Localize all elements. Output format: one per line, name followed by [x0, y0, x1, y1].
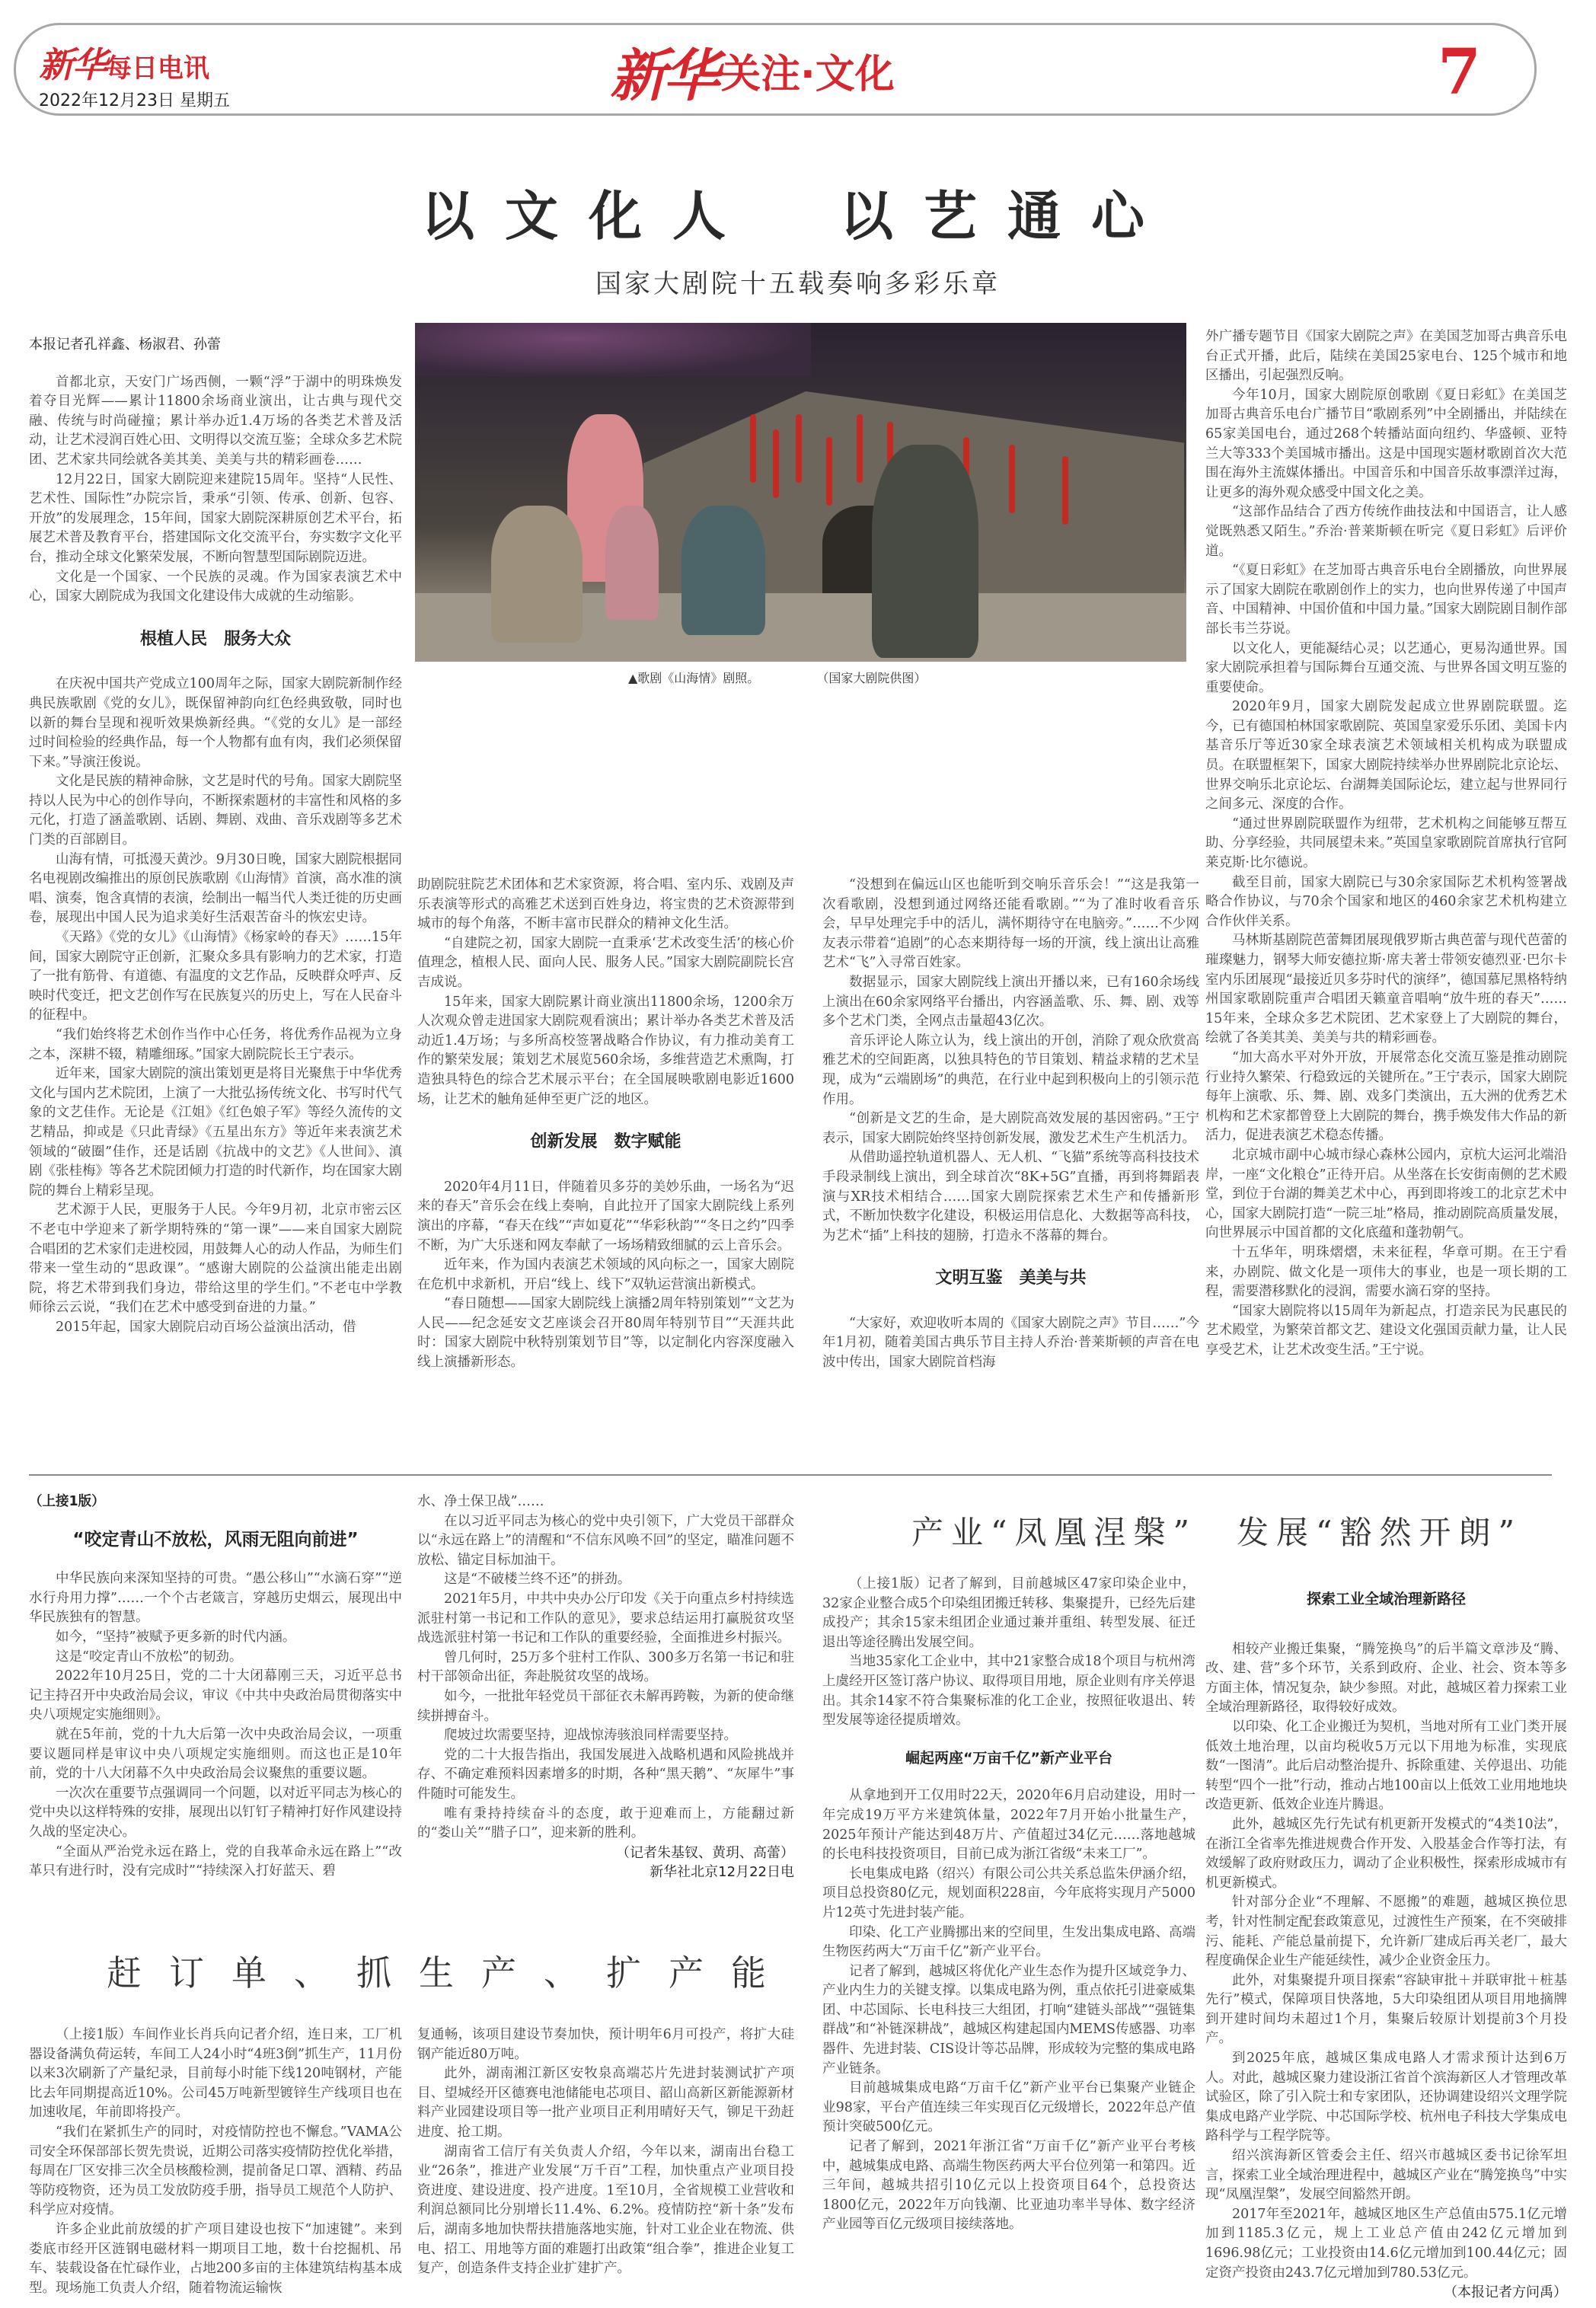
article4-column-2: 探索工业全域治理新路径 相较产业搬迁集聚，“腾笼换鸟”的后半篇文章涉及“腾、改、…: [1205, 1575, 1567, 2303]
subsection-heading: 崛起两座“万亩千亿”新产业平台: [822, 1749, 1195, 1769]
paragraph: “创新是文艺的生命，是大剧院高效发展的基因密码。”王宁表示，国家大剧院始终坚持创…: [822, 1109, 1199, 1148]
paragraph: “大家好，欢迎收听本周的《国家大剧院之声》节目……”今年1月初，随着美国古典乐节…: [822, 1314, 1199, 1373]
paragraph: 记者了解到，2021年浙江省“万亩千亿”新产业平台考核中，越城集成电路、高端生物…: [822, 2137, 1195, 2235]
paragraph: 目前越城集成电路“万亩千亿”新产业平台已集聚产业链企业98家，平台产值连续三年实…: [822, 2079, 1195, 2137]
paragraph: 首都北京，天安门广场西侧，一颗“浮”于湖中的明珠焕发着夺目光辉——累计11800…: [29, 373, 402, 471]
paragraph: 一次次在重要节点强调同一个问题，以对近平同志为核心的党中央以这样特殊的安排，展现…: [29, 1784, 402, 1843]
main-headline: 以文化人 以艺通心: [0, 174, 1596, 251]
photo-performer: [681, 506, 765, 635]
photo-caption: ▲歌剧《山海情》剧照。 （国家大剧院供图）: [415, 669, 1186, 686]
paragraph: 2020年9月，国家大剧院发起成立世界剧院联盟。迄今，已有德国柏林国家歌剧院、英…: [1205, 698, 1567, 815]
stage-photo: [415, 323, 1186, 662]
paragraph: 《天路》《党的女儿》《山海情》《杨家岭的春天》……15年间，国家大剧院守正创新，…: [29, 928, 402, 1026]
paragraph: 湖南省工信厅有关负责人介绍，今年以来，湖南出台稳工业“26条”，推进产业发展“万…: [417, 2143, 794, 2279]
photo-backdrop: [415, 323, 811, 376]
paragraph: 2015年起，国家大剧院启动百场公益演出活动，借: [29, 1318, 402, 1338]
paragraph: 2020年4月11日，伴随着贝多芬的美妙乐曲，一场名为“迟来的春天”音乐会在线上…: [417, 1178, 794, 1256]
paragraph: “这部作品结合了西方传统作曲技法和中国语言，让人感觉既熟悉又陌生。”乔治·普莱斯…: [1205, 503, 1567, 561]
paragraph: 15年来，国家大剧院累计商业演出11800余场，1200余万人次观众曾走进国家大…: [417, 993, 794, 1110]
paragraph: 2022年10月25日，党的二十大闭幕刚三天，习近平总书记主持召开中央政治局会议…: [29, 1667, 402, 1725]
photo-chili: [1062, 456, 1068, 525]
paragraph: 到2025年底，越城区集成电路人才需求预计达到6万人。对此，越城区聚力建设浙江省…: [1205, 2049, 1567, 2147]
photo-performer: [872, 445, 978, 658]
paragraph: （上接1版）记者了解到，目前越城区47家印染企业中，32家企业整合成5个印染组团…: [822, 1575, 1195, 1652]
paragraph: 12月22日，国家大剧院迎来建院15周年。坚持“人民性、艺术性、国际性”办院宗旨…: [29, 471, 402, 568]
paragraph: 许多企业此前放缓的扩产项目建设也按下“加速键”。来到娄底市经开区涟钢电磁材料一期…: [29, 2220, 402, 2298]
paragraph: 山海有情，可抵漫天黄沙。9月30日晚，国家大剧院根据同名电视剧改编推出的原创民族…: [29, 851, 402, 928]
article2-column-2: 水、净土保卫战”…… 在以习近平同志为核心的党中央引领下，广大党员干部群众以“永…: [417, 1492, 794, 1882]
page-number: 7: [1438, 36, 1481, 109]
lead-column-1: 本报记者孔祥鑫、杨淑君、孙蕾 首都北京，天安门广场西侧，一颗“浮”于湖中的明珠焕…: [29, 335, 402, 1338]
section-heading: 根植人民 服务大众: [29, 630, 402, 650]
paragraph: 针对部分企业“不理解、不愿搬”的难题，越城区换位思考，针对性制定配套政策意见，过…: [1205, 1893, 1567, 1971]
paragraph: 2021年5月，中共中央办公厅印发《关于向重点乡村持续选派驻村第一书记和工作队的…: [417, 1590, 794, 1649]
reporter-credit: （记者朱基钗、黄玥、高蕾）: [417, 1844, 794, 1863]
paragraph: 如今，“坚持”被赋予更多新的时代内涵。: [29, 1628, 402, 1648]
paragraph: 马林斯基剧院芭蕾舞团展现俄罗斯古典芭蕾与现代芭蕾的璀璨魅力，钢琴大师安德拉斯·席…: [1205, 931, 1567, 1049]
paragraph: 此外，湖南湘江新区安牧泉高端芯片先进封装测试扩产项目、望城经开区德赛电池储能电芯…: [417, 2064, 794, 2142]
brand-name: 每日电讯: [106, 53, 209, 84]
photo-chili: [857, 414, 863, 483]
paragraph: 在以习近平同志为核心的党中央引领下，广大党员干部群众以“永远在路上”的清醒和“不…: [417, 1512, 794, 1571]
paragraph: 近年来，作为国内表演艺术领域的风向标之一，国家大剧院在危机中求新机，开启“线上、…: [417, 1256, 794, 1294]
paragraph: “《夏日彩虹》在芝加哥古典音乐电台全剧播放，向世界展示了国家大剧院在歌剧创作上的…: [1205, 561, 1567, 639]
paragraph: 长电集成电路（绍兴）有限公司公共关系总监朱伊涵介绍，项目总投资80亿元，规划面积…: [822, 1865, 1195, 1923]
paragraph: “国家大剧院将以15周年为新起点，打造亲民为民惠民的艺术殿堂，为繁荣首都文艺、建…: [1205, 1302, 1567, 1361]
paragraph: “自建院之初，国家大剧院一直秉承‘艺术改变生活’的核心价值理念，植根人民、面向人…: [417, 934, 794, 993]
paragraph: 水、净土保卫战”……: [417, 1492, 794, 1512]
paragraph: “通过世界剧院联盟作为纽带，艺术机构之间能够互帮互助、分享经验，共同展望未来。”…: [1205, 815, 1567, 873]
paragraph: 党的二十大报告指出，我国发展进入战略机遇和风险挑战并存、不确定难预料因素增多的时…: [417, 1746, 794, 1805]
paragraph: 爬坡过坎需要坚持，迎战惊涛骇浪同样需要坚持。: [417, 1726, 794, 1746]
photo-chili: [773, 429, 779, 498]
paragraph: “我们始终将艺术创作当作中心任务，将优秀作品视为立身之本，深耕不辍，精雕细琢。”…: [29, 1026, 402, 1065]
paragraph: 这是“咬定青山不放松”的韧劲。: [29, 1648, 402, 1668]
byline: 本报记者孔祥鑫、杨淑君、孙蕾: [29, 335, 402, 355]
paragraph: 相较产业搬迁集聚，“腾笼换鸟”的后半篇文章涉及“腾、改、建、营”多个环节，关系到…: [1205, 1640, 1567, 1718]
paragraph: 以文化人，更能凝结心灵；以艺通心，更易沟通世界。国家大剧院承担着与国际舞台互通交…: [1205, 640, 1567, 698]
paragraph: 2017年至2021年，越城区地区生产总值由575.1亿元增加到1185.3亿元…: [1205, 2205, 1567, 2283]
paragraph: 从拿地到开工仅用时22天，2020年6月启动建设，用时一年完成19万平方米建筑体…: [822, 1786, 1195, 1864]
paragraph: 如今，一批批年轻党员干部征衣未解再跨鞍，为新的使命继续拼搏奋斗。: [417, 1687, 794, 1726]
photo-credit: （国家大剧院供图）: [816, 669, 926, 686]
paragraph: 曾几何时，25万多个驻村工作队、300多万名第一书记和驻村干部领命出征，奔赴脱贫…: [417, 1649, 794, 1687]
paragraph: 从借助遥控轨道机器人、无人机、“飞猫”系统等高科技技术手段录制线上演出，到全球首…: [822, 1148, 1199, 1246]
paragraph: 当地35家化工企业中，其中21家整合成18个项目与杭州湾上虞经开区签订落户协议、…: [822, 1652, 1195, 1730]
paragraph: 此外，越城区先行先试有机更新开发模式的“4类10法”，在浙江全省率先推进规费合作…: [1205, 1815, 1567, 1893]
dateline: 新华社北京12月22日电: [417, 1863, 794, 1882]
paragraph: 外广播专题节目《国家大剧院之声》在美国芝加哥古典音乐电台正式开播，此后，陆续在美…: [1205, 327, 1567, 386]
paragraph: 唯有秉持持续奋斗的态度，敢于迎难而上，方能翻过新的“娄山关”“腊子口”，迎来新的…: [417, 1805, 794, 1844]
paragraph: “全面从严治党永远在路上，党的自我革命永远在路上”“改革只有进行时，没有完成时”…: [29, 1843, 402, 1882]
article2-column-1: （上接1版） “咬定青山不放松，风雨无阻向前进” 中华民族向来深知坚持的可贵。“…: [29, 1492, 402, 1882]
paragraph: 近年来，国家大剧院的演出策划更是将目光聚焦于中华优秀文化与国内艺术院团，上演了一…: [29, 1065, 402, 1201]
paragraph: “我们在紧抓生产的同时，对疫情防控也不懈怠。”VAMA公司安全环保部部长贺先贵说…: [29, 2123, 402, 2220]
lead-column-4: 外广播专题节目《国家大剧院之声》在美国芝加哥古典音乐电台正式开播，此后，陆续在美…: [1205, 327, 1567, 1360]
photo-performer: [491, 506, 583, 643]
section-heading: 文明互鉴 美美与共: [822, 1269, 1199, 1288]
paragraph: 艺术源于人民，更服务于人民。今年9月初，北京市密云区不老屯中学迎来了新学期特殊的…: [29, 1201, 402, 1318]
paragraph: 十五华年，明珠熠熠，未来征程，华章可期。在王宁看来，办剧院、做文化是一项伟大的事…: [1205, 1243, 1567, 1302]
article3-column-1: （上接1版）车间作业长肖兵向记者介绍，连日来，工厂机器设备满负荷运转，车间工人2…: [29, 2025, 402, 2298]
paragraph: 音乐评论人陈立认为，线上演出的开创，消除了观众欣赏高雅艺术的空间距离，以独具特色…: [822, 1032, 1199, 1109]
paragraph: 复通畅，该项目建设节奏加快，预计明年6月可投产，将扩大硅钢产能近80万吨。: [417, 2025, 794, 2064]
issue-date: 2022年12月23日 星期五: [39, 88, 230, 111]
photo-chili: [826, 437, 832, 506]
paragraph: 此外，对集聚提升项目探索“容缺审批＋并联审批＋桩基先行”模式，保障项目快落地，5…: [1205, 1971, 1567, 2049]
paragraph: 文化是一个国家、一个民族的灵魂。作为国家表演艺术中心，国家大剧院成为我国文化建设…: [29, 568, 402, 607]
paragraph: 绍兴滨海新区管委会主任、绍兴市越城区委书记徐军坦言，探索工业全域治理进程中，越城…: [1205, 2147, 1567, 2205]
brand-script: 新华: [39, 44, 106, 85]
caption-text: ▲歌剧《山海情》剧照。: [628, 669, 759, 686]
paragraph: “加大高水平对外开放，开展常态化交流互鉴是推动剧院行业持久繁荣、行稳致远的关键所…: [1205, 1049, 1567, 1146]
photo-chili: [796, 414, 802, 483]
lead-column-2: 助剧院驻院艺术团体和艺术家资源，将合唱、室内乐、戏剧及声乐表演等形式的高雅艺术送…: [417, 876, 794, 1373]
paragraph: 今年10月，国家大剧院原创歌剧《夏日彩虹》在美国芝加哥古典音乐电台广播节目“歌剧…: [1205, 386, 1567, 503]
section-script: 新华: [610, 43, 717, 109]
lead-column-3: “没想到在偏远山区也能听到交响乐音乐会！”“这是我第一次看歌剧，没想到通过网络还…: [822, 876, 1199, 1373]
paragraph: 在庆祝中国共产党成立100周年之际，国家大剧院新制作经典民族歌剧《党的女儿》，既…: [29, 675, 402, 772]
paragraph: 助剧院驻院艺术团体和艺术家资源，将合唱、室内乐、戏剧及声乐表演等形式的高雅艺术送…: [417, 876, 794, 934]
masthead: 新华每日电讯 2022年12月23日 星期五 新华关注·文化 7: [14, 23, 1537, 116]
paragraph: 记者了解到，越城区将优化产业生态作为提升区域竞争力、产业内生力的关键支撑。以集成…: [822, 1962, 1195, 2080]
paragraph: 中华民族向来深知坚持的可贵。“愚公移山”“水滴石穿”“逆水行舟用力撑”……一个个…: [29, 1569, 402, 1628]
reporter-credit: （本报记者方问禹）: [1205, 2283, 1567, 2303]
article3-title: 赶订单、抓生产、扩产能: [23, 1946, 822, 1996]
subsection-heading: 探索工业全域治理新路径: [1205, 1590, 1567, 1610]
article4-column-1: （上接1版）记者了解到，目前越城区47家印染企业中，32家企业整合成5个印染组团…: [822, 1575, 1195, 2235]
photo-chili: [1009, 445, 1015, 513]
paragraph: 文化是民族的精神命脉，文艺是时代的号角。国家大剧院坚持以人民为中心的创作导向，不…: [29, 772, 402, 850]
paragraph: “没想到在偏远山区也能听到交响乐音乐会！”“这是我第一次看歌剧，没想到通过网络还…: [822, 876, 1199, 973]
section-logo: 新华关注·文化: [610, 31, 895, 112]
photo-performer: [605, 506, 659, 620]
paragraph: 以印染、化工企业搬迁为契机，当地对所有工业门类开展低效土地治理，以亩均税收5万元…: [1205, 1718, 1567, 1815]
paragraph: 截至目前，国家大剧院已与30余家国际艺术机构签署战略合作协议，与70余个国家和地…: [1205, 873, 1567, 932]
section-heading: 创新发展 数字赋能: [417, 1132, 794, 1152]
paragraph: 数据显示，国家大剧院线上演出开播以来，已有160余场线上演出在60余家网络平台播…: [822, 973, 1199, 1032]
continued-label: （上接1版）: [29, 1492, 402, 1512]
paragraph: 就在5年前，党的十九大后第一次中央政治局会议，一项重要议题同样是审议中央八项规定…: [29, 1725, 402, 1784]
article4-title: 产业“凤凰涅槃” 发展“豁然开朗”: [851, 1508, 1582, 1553]
paragraph: （上接1版）车间作业长肖兵向记者介绍，连日来，工厂机器设备满负荷运转，车间工人2…: [29, 2025, 402, 2123]
photo-chili: [750, 414, 756, 483]
article3-column-2: 复通畅，该项目建设节奏加快，预计明年6月可投产，将扩大硅钢产能近80万吨。 此外…: [417, 2025, 794, 2279]
section-divider: [29, 1474, 1552, 1476]
paragraph: 印染、化工产业腾挪出来的空间里，生发出集成电路、高端生物医药两大“万亩千亿”新产…: [822, 1923, 1195, 1962]
paragraph: 这是“不破楼兰终不还”的拼劲。: [417, 1570, 794, 1590]
article2-title: “咬定青山不放松，风雨无阻向前进”: [29, 1531, 402, 1550]
paragraph: “春日随想——国家大剧院线上演播2周年特别策划”“文艺为人民——纪念延安文艺座谈…: [417, 1294, 794, 1372]
brand-logo: 新华每日电讯: [39, 37, 209, 88]
paragraph: 北京城市副中心城市绿心森林公园内，京杭大运河北端沿岸，一座“文化粮仓”正待开启。…: [1205, 1146, 1567, 1243]
section-title: 关注·文化: [721, 52, 895, 97]
sub-headline: 国家大剧院十五载奏响多彩乐章: [0, 263, 1596, 300]
